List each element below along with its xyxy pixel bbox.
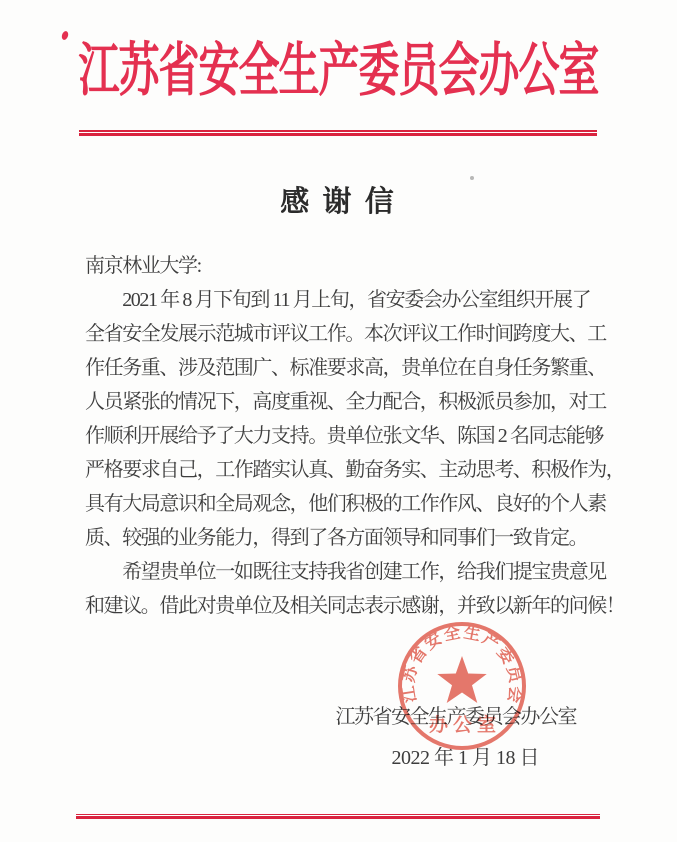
seal-ring-textpath: 江苏省安全生产委员会 <box>398 621 527 704</box>
body-line: 质、较强的业务能力，得到了各方面领导和同事们一致肯定。 <box>85 521 625 555</box>
body-line: 全省安全发展示范城市评议工作。本次评议工作时间跨度大、工 <box>85 317 625 351</box>
salutation-line: 南京林业大学: <box>85 249 625 283</box>
letter-body: 南京林业大学: 2021 年 8 月下旬到 11 月上旬，省安委会办公室组织开展… <box>85 249 625 623</box>
body-line: 2021 年 8 月下旬到 11 月上旬，省安委会办公室组织开展了 <box>85 283 625 317</box>
body-line: 具有大局意识和全局观念，他们积极的工作作风、良好的个人素 <box>85 487 625 521</box>
letter-page: 江苏省安全生产委员会办公室 感 谢 信 南京林业大学: 2021 年 8 月下旬… <box>0 0 677 842</box>
official-seal: 江苏省安全生产委员会 办公室 <box>392 616 532 756</box>
body-line: 严格要求自己，工作踏实认真、勤奋务实、主动思考、积极作为， <box>85 453 625 487</box>
letter-title: 感 谢 信 <box>0 179 677 220</box>
star-icon <box>437 656 486 703</box>
seal-ring-text: 江苏省安全生产委员会 <box>398 621 527 704</box>
signature-org: 江苏省安全生产委员会办公室 <box>336 700 577 729</box>
signature-date: 2022 年 1 月 18 日 <box>392 741 540 770</box>
body-line: 和建议。借此对贵单位及相关同志表示感谢，并致以新年的问候！ <box>85 589 625 623</box>
seal-ring <box>400 624 524 748</box>
body-line: 作顺利开展给予了大力支持。贵单位张文华、陈国 2 名同志能够 <box>85 419 625 453</box>
body-line: 作任务重、涉及范围广、标准要求高，贵单位在自身任务繁重、 <box>85 351 625 385</box>
body-line: 希望贵单位一如既往支持我省创建工作，给我们提宝贵意见 <box>85 555 625 589</box>
body-line: 人员紧张的情况下，高度重视、全力配合，积极派员参加，对工 <box>85 385 625 419</box>
letterhead-rule <box>79 130 597 136</box>
letterhead-title: 江苏省安全生产委员会办公室 <box>0 23 677 107</box>
footer-rule <box>76 814 600 819</box>
